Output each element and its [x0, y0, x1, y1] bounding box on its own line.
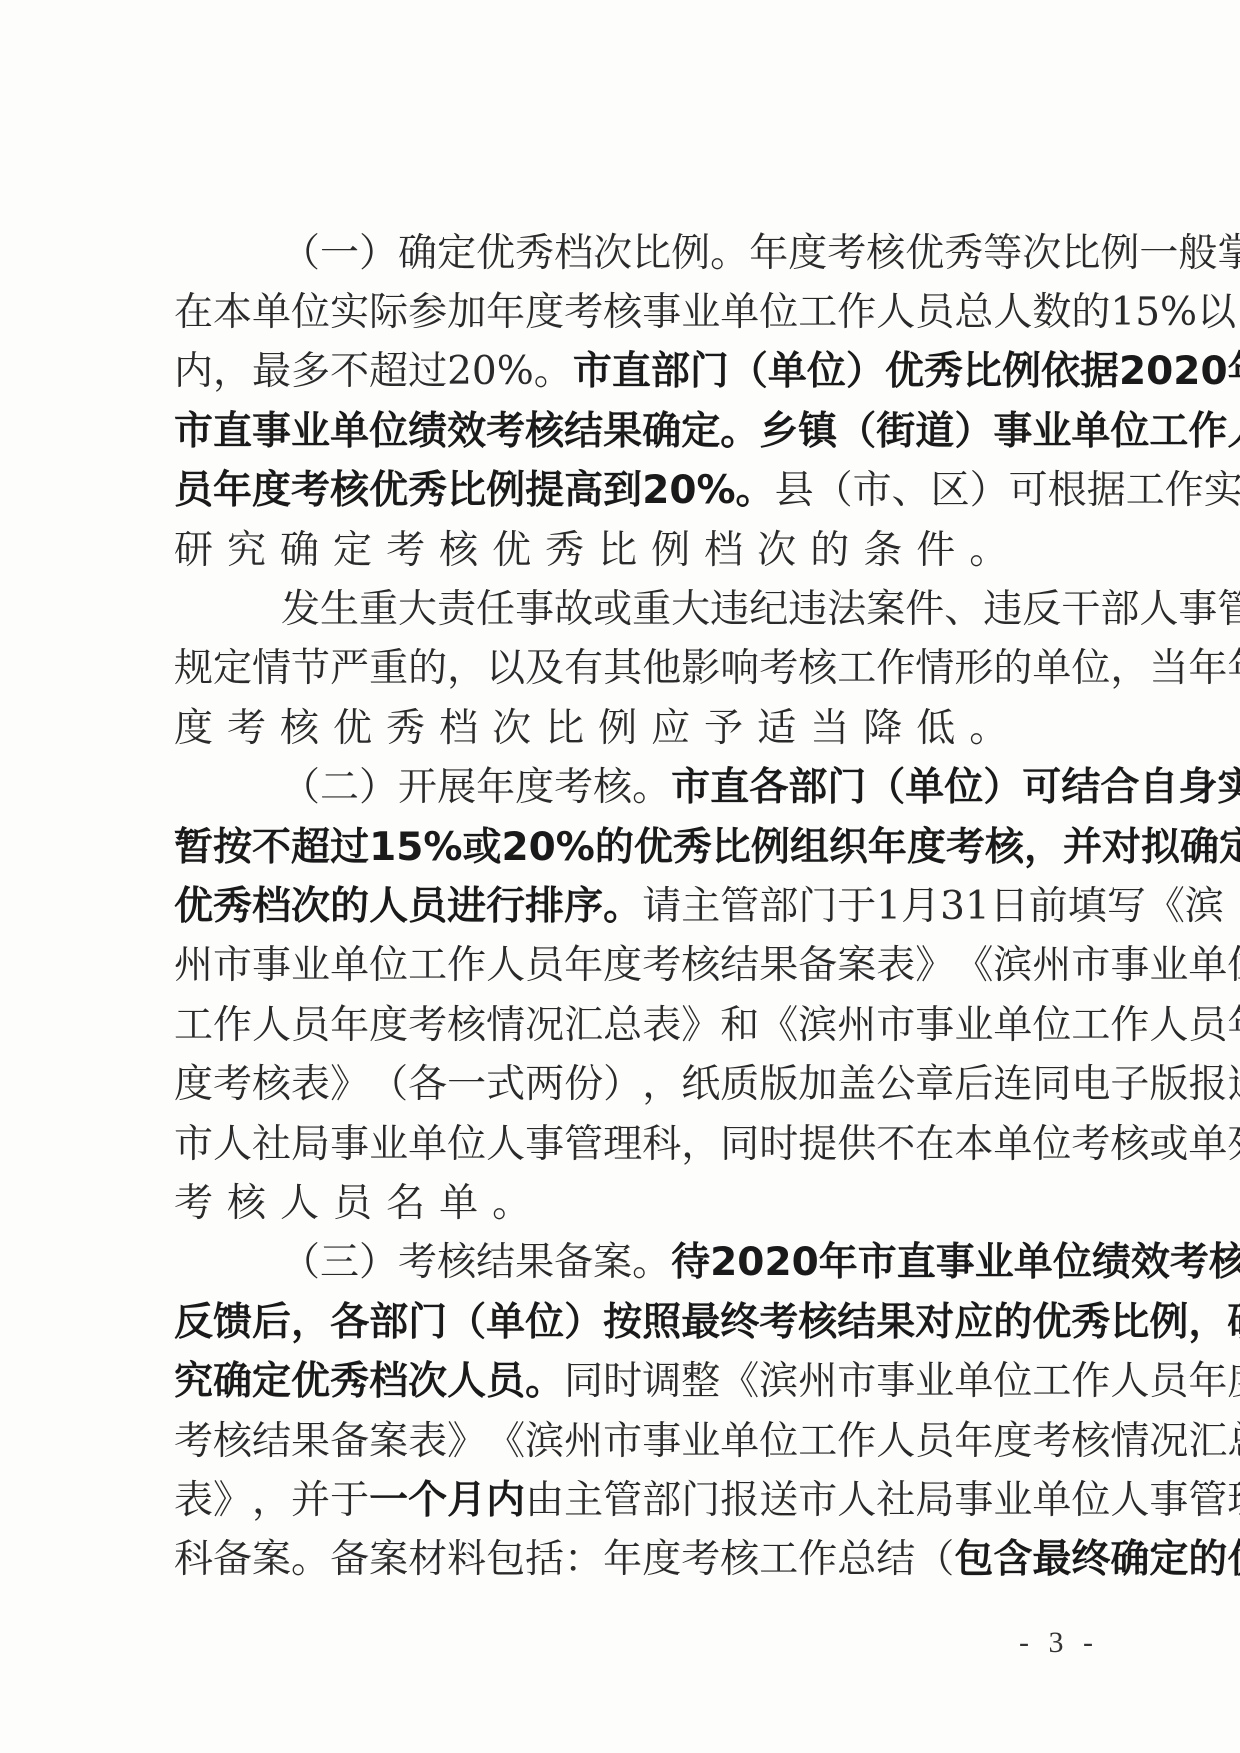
body-text-char: 《 — [720, 1356, 759, 1408]
body-text-char: 1 — [876, 881, 901, 933]
body-text-char: 影 — [681, 643, 720, 695]
bold-text: 考 — [946, 822, 985, 874]
body-text-char: 事 — [954, 1475, 993, 1527]
body-text-char: 单 — [720, 287, 759, 339]
body-text-char: 单 — [1188, 1119, 1227, 1171]
bold-text: 档 — [369, 1356, 408, 1408]
body-text-char: 人 — [280, 1178, 319, 1230]
text-line: 规定情节严重的，以及有其他影响考核工作情形的单位，当年年 — [174, 640, 1088, 699]
bold-text: 位 — [807, 346, 846, 398]
bold-text: 秀 — [924, 346, 963, 398]
bold-text: 终 — [720, 1297, 759, 1349]
body-text-char: 等 — [983, 228, 1022, 280]
body-text-char: 员 — [915, 287, 954, 339]
body-text-char: 总 — [603, 1000, 642, 1052]
body-text-char: 度 — [603, 940, 642, 992]
body-text-char: 备 — [330, 1416, 369, 1468]
bold-text: 年 — [819, 1237, 858, 1289]
body-text-char: 门 — [798, 881, 837, 933]
bold-text: 位 — [944, 762, 983, 814]
body-text-char: 》 — [330, 1059, 369, 1111]
body-text-char: 情 — [486, 1000, 525, 1052]
body-text-char: 表 — [408, 1416, 447, 1468]
body-text-char: 次 — [492, 703, 531, 755]
bold-text: 优 — [174, 881, 213, 933]
bold-text: ， — [1188, 1297, 1227, 1349]
body-text-char: 管 — [1188, 1475, 1227, 1527]
bold-text: 序 — [564, 881, 603, 933]
bold-text: 馈 — [213, 1297, 252, 1349]
body-text-char: 核 — [227, 1178, 266, 1230]
bold-text: 单 — [1014, 1237, 1053, 1289]
bold-text: 道 — [915, 406, 954, 458]
body-text-char: 次 — [593, 228, 632, 280]
body-text-char: 事 — [642, 1416, 681, 1468]
body-text-char: 于 — [330, 1475, 369, 1527]
text-line: 考核结果备案表》《滨州市事业单位工作人员年度考核情况汇总 — [174, 1412, 1088, 1471]
body-text-char: 考 — [1032, 1416, 1071, 1468]
body-text-char: 可 — [1009, 465, 1048, 517]
bold-text: 优 — [291, 1356, 330, 1408]
body-text-char: ， — [252, 1475, 291, 1527]
bold-text: 人 — [369, 881, 408, 933]
body-text-char: 工 — [1032, 1356, 1071, 1408]
text-line: 市直事业单位绩效考核结果确定。乡镇（街道）事业单位工作人 — [174, 402, 1088, 461]
body-text-char: 滨 — [525, 1416, 564, 1468]
body-text-char: 事 — [1178, 584, 1217, 636]
body-text-char: 核 — [603, 287, 642, 339]
bold-text: 身 — [1178, 762, 1217, 814]
bold-text: 考 — [486, 406, 525, 458]
bold-text: （ — [447, 1297, 486, 1349]
body-text-char: 市 — [1071, 940, 1110, 992]
body-text-char: 并 — [291, 1475, 330, 1527]
body-text-char: 州 — [798, 1356, 837, 1408]
body-text-char: 州 — [174, 940, 213, 992]
bold-text: 不 — [252, 822, 291, 874]
bold-text: 20% — [642, 465, 735, 517]
body-text-char: 核 — [447, 1000, 486, 1052]
body-text-char: （ — [281, 228, 320, 280]
text-line: 究确定优秀档次人员。同时调整《滨州市事业单位工作人员年度 — [174, 1352, 1088, 1411]
body-text-char: 例 — [651, 525, 690, 577]
body-text-char: （ — [281, 762, 320, 814]
body-text-char: 事 — [1110, 940, 1149, 992]
body-text-char: ， — [681, 1119, 720, 1171]
body-text-char: 业 — [369, 1119, 408, 1171]
body-text-char: 公 — [876, 1059, 915, 1111]
body-text-char: 备 — [798, 940, 837, 992]
bold-text: 的 — [993, 1297, 1032, 1349]
body-text-char: 总 — [1227, 1416, 1240, 1468]
body-text-char: 、 — [892, 465, 931, 517]
bold-text: 依 — [1041, 346, 1080, 398]
body-text-char: 人 — [1110, 1475, 1149, 1527]
body-text-char: 州 — [837, 1000, 876, 1052]
body-text-char: 案 — [369, 1416, 408, 1468]
body-text-char: 后 — [954, 1059, 993, 1111]
body-text-char: 一 — [1139, 228, 1178, 280]
bold-text: 镇 — [798, 406, 837, 458]
bold-text: 直 — [612, 346, 651, 398]
body-text-char: 由 — [525, 1475, 564, 1527]
body-text-char: 年 — [1227, 643, 1240, 695]
bold-text: 事 — [993, 406, 1032, 458]
body-text-char: 确 — [280, 525, 319, 577]
body-text-char: 考 — [759, 643, 798, 695]
bold-text: 2020 — [710, 1237, 819, 1289]
body-text-char: 工 — [798, 1416, 837, 1468]
body-text-char: 实 — [330, 287, 369, 339]
body-text-char: 县 — [775, 465, 814, 517]
text-line: 州市事业单位工作人员年度考核结果备案表》《滨州市事业单位 — [174, 937, 1088, 996]
bold-text: 例 — [751, 822, 790, 874]
bold-text: 反 — [174, 1297, 213, 1349]
body-text-char: 单 — [993, 1119, 1032, 1171]
body-text-char: 滨 — [759, 1356, 798, 1408]
bold-text: 各 — [749, 762, 788, 814]
bold-text: 年 — [1228, 346, 1240, 398]
body-text-char: 包 — [486, 1534, 525, 1586]
body-text-char: 件 — [916, 525, 955, 577]
body-text-char: 括 — [525, 1534, 564, 1586]
body-text-char: 一 — [320, 228, 359, 280]
body-text-char: 单 — [1032, 1475, 1071, 1527]
body-text-char: 年 — [749, 228, 788, 280]
body-text-char: 例 — [671, 228, 710, 280]
body-text-char: 生 — [320, 584, 359, 636]
body-text-char: 际 — [369, 287, 408, 339]
body-text-char: 《 — [486, 1416, 525, 1468]
bold-text: 确 — [213, 1356, 252, 1408]
bold-text: 员 — [408, 881, 447, 933]
bold-text: 据 — [1080, 346, 1119, 398]
bold-text: 最 — [681, 1297, 720, 1349]
bold-text: 定 — [1219, 822, 1240, 874]
body-text-char: 年 — [954, 1416, 993, 1468]
body-text-char: （ — [915, 1534, 954, 1586]
body-text-char: 滨 — [1185, 881, 1224, 933]
body-text-char: 结 — [876, 1534, 915, 1586]
body-text-char: （ — [814, 465, 853, 517]
body-text-char: 报 — [720, 1475, 759, 1527]
body-text-char: 报 — [1188, 1059, 1227, 1111]
body-text-char: 形 — [954, 643, 993, 695]
body-text-char: 秀 — [515, 228, 554, 280]
bold-text: 业 — [1032, 406, 1071, 458]
bold-text: 比 — [712, 822, 751, 874]
body-text-char: 日 — [990, 881, 1029, 933]
bold-text: 果 — [876, 1297, 915, 1349]
body-text-char: 事 — [330, 1119, 369, 1171]
body-text-char: 核 — [280, 703, 319, 755]
bold-text: 拟 — [1141, 822, 1180, 874]
body-text-char: 况 — [1149, 1416, 1188, 1468]
bold-text: 过 — [330, 822, 369, 874]
body-text-char: 事 — [642, 287, 681, 339]
body-text-char: 核 — [593, 762, 632, 814]
body-text-char: 及 — [525, 643, 564, 695]
body-text-char: 不 — [330, 346, 369, 398]
body-text-char: 人 — [1139, 584, 1178, 636]
body-text-char: 掌 — [1217, 228, 1240, 280]
text-line: 考核人员名单。 — [174, 1174, 1088, 1233]
bold-text: 照 — [642, 1297, 681, 1349]
body-text-char: 案 — [252, 1534, 291, 1586]
text-line: 市人社局事业单位人事管理科，同时提供不在本单位考核或单列 — [174, 1115, 1088, 1174]
body-text-char: 人 — [486, 1119, 525, 1171]
bold-text: 结 — [837, 1297, 876, 1349]
body-text-char: 规 — [174, 643, 213, 695]
text-line: 优秀档次的人员进行排序。请主管部门于1月31日前填写《滨 — [174, 877, 1088, 936]
bold-text: 核 — [985, 822, 1024, 874]
body-text-char: 违 — [788, 584, 827, 636]
body-text-char: 的 — [810, 525, 849, 577]
body-text-char: 核 — [681, 940, 720, 992]
body-text-char: 考 — [174, 1416, 213, 1468]
body-text-char: 汇 — [564, 1000, 603, 1052]
body-text-char: 考 — [827, 228, 866, 280]
body-text-char: 大 — [671, 584, 710, 636]
body-text-char: 工 — [798, 287, 837, 339]
body-text-char: 表 — [174, 1475, 213, 1527]
body-text-char: 作 — [213, 1000, 252, 1052]
bold-text: 定 — [1149, 1534, 1188, 1586]
bold-text: 次 — [408, 1356, 447, 1408]
body-text-char: 展 — [437, 762, 476, 814]
body-text-char: 参 — [408, 287, 447, 339]
body-text-char: 工 — [174, 1000, 213, 1052]
body-text-char: 加 — [447, 287, 486, 339]
text-line: 科备案。备案材料包括：年度考核工作总结（包含最终确定的优 — [174, 1531, 1088, 1590]
bold-text: 一 — [369, 1475, 408, 1527]
bold-text: 档 — [252, 881, 291, 933]
body-text-char: 业 — [681, 287, 720, 339]
body-text-char: 本 — [213, 287, 252, 339]
body-text-char: 人 — [1110, 1356, 1149, 1408]
body-text-char: 核 — [439, 525, 478, 577]
body-text-char: 员 — [1149, 1356, 1188, 1408]
bold-text: 直 — [213, 406, 252, 458]
body-text-char: 时 — [759, 1119, 798, 1171]
body-text-char: 年 — [486, 287, 525, 339]
text-line: 内，最多不超过20%。市直部门（单位）优秀比例依据2020年 — [174, 343, 1088, 402]
bold-text: 15% — [369, 822, 462, 874]
body-text-char: 的 — [1071, 287, 1110, 339]
body-text-char: 列 — [1227, 1119, 1240, 1171]
bold-text: 秀 — [213, 881, 252, 933]
bold-text: 度 — [907, 822, 946, 874]
body-text-char: 供 — [837, 1119, 876, 1171]
body-text-char: 同 — [720, 1119, 759, 1171]
body-text-char: （ — [281, 1237, 320, 1289]
body-text-char: 结 — [720, 940, 759, 992]
bold-text: 比 — [1110, 1297, 1149, 1349]
body-text-char: 滨 — [798, 1000, 837, 1052]
body-text-char: 核 — [798, 643, 837, 695]
paragraph-first-line: （三）考核结果备案。待2020年市直事业单位绩效考核结果 — [174, 1234, 1088, 1293]
body-text-char: 例 — [1100, 228, 1139, 280]
bold-text: 果 — [603, 406, 642, 458]
body-text-char: 严 — [330, 643, 369, 695]
body-text-char: 单 — [954, 1356, 993, 1408]
bold-text: 确 — [642, 406, 681, 458]
body-text-char: 理 — [1227, 1475, 1240, 1527]
bold-text: 单 — [1071, 406, 1110, 458]
bold-text: ， — [1024, 822, 1063, 874]
body-text-char: 考 — [1071, 1119, 1110, 1171]
body-text-char: 。 — [710, 228, 749, 280]
body-text-char: ， — [1110, 643, 1149, 695]
body-text-char: 定 — [213, 643, 252, 695]
body-text-char: 研 — [174, 525, 213, 577]
body-text-char: 一 — [447, 1059, 486, 1111]
bold-text: 效 — [1131, 1237, 1170, 1289]
body-text-char: 秀 — [545, 525, 584, 577]
body-text-char: 事 — [515, 584, 554, 636]
bold-text: 最 — [1032, 1534, 1071, 1586]
body-text-char: 《 — [1146, 881, 1185, 933]
body-text-char: ， — [642, 1059, 681, 1111]
bold-text: 工 — [1149, 406, 1188, 458]
body-text-char: 应 — [651, 703, 690, 755]
body-text-char: 版 — [759, 1059, 798, 1111]
bold-text: 例 — [1149, 1297, 1188, 1349]
body-text-char: 适 — [757, 703, 796, 755]
body-text-char: 度 — [993, 1416, 1032, 1468]
bold-text: 研 — [1227, 1297, 1240, 1349]
body-text-char: 份 — [564, 1059, 603, 1111]
body-text: （一）确定优秀档次比例。年度考核优秀等次比例一般掌握在本单位实际参加年度考核事业… — [174, 224, 1088, 1590]
body-text-char: 例 — [598, 703, 637, 755]
body-text-char: 位 — [1032, 1119, 1071, 1171]
body-text-char: 大 — [398, 584, 437, 636]
body-text-char: 重 — [632, 584, 671, 636]
body-text-char: 单 — [330, 940, 369, 992]
body-text-char: 调 — [642, 1356, 681, 1408]
bold-text: 位 — [1053, 1237, 1092, 1289]
body-text-char: 》 — [213, 1475, 252, 1527]
body-text-char: 写 — [1107, 881, 1146, 933]
body-text-char: 优 — [476, 228, 515, 280]
body-text-char: 位 — [1032, 1000, 1071, 1052]
body-text-char: 月 — [901, 881, 940, 933]
body-text-char: 优 — [333, 703, 372, 755]
body-text-char: 。 — [632, 762, 671, 814]
body-text-char: 开 — [398, 762, 437, 814]
body-text-char: 定 — [437, 228, 476, 280]
text-line: 度考核表》（各一式两份），纸质版加盖公章后连同电子版报送 — [174, 1055, 1088, 1114]
body-text-char: 当 — [810, 703, 849, 755]
body-text-char: 度 — [515, 762, 554, 814]
body-text-char: 社 — [876, 1475, 915, 1527]
body-text-char: 请 — [642, 881, 681, 933]
text-line: 度考核优秀档次比例应予适当降低。 — [174, 699, 1088, 758]
body-text-char: 核 — [866, 228, 905, 280]
bold-text: 单 — [486, 1297, 525, 1349]
bold-text: 进 — [447, 881, 486, 933]
body-text-char: 案 — [837, 940, 876, 992]
body-text-char: 人 — [213, 1119, 252, 1171]
body-text-char: 式 — [486, 1059, 525, 1111]
bold-text: 的 — [1188, 1534, 1227, 1586]
body-text-char: 档 — [704, 525, 743, 577]
body-text-char: 结 — [476, 1237, 515, 1289]
body-text-char: 于 — [837, 881, 876, 933]
bold-text: 终 — [1071, 1534, 1110, 1586]
body-text-char: 考 — [227, 703, 266, 755]
body-text-char: 局 — [915, 1475, 954, 1527]
body-text-char: 盖 — [837, 1059, 876, 1111]
body-text-char: 秀 — [944, 228, 983, 280]
body-text-char: 同 — [564, 1356, 603, 1408]
bold-text: 核 — [525, 406, 564, 458]
body-text-char: 人 — [1149, 1000, 1188, 1052]
body-text-char: 单 — [1032, 643, 1071, 695]
bold-text: 行 — [486, 881, 525, 933]
bold-text: 效 — [447, 406, 486, 458]
body-text-char: 档 — [554, 228, 593, 280]
bold-text: 秀 — [673, 822, 712, 874]
body-text-char: 次 — [1022, 228, 1061, 280]
body-text-char: 质 — [720, 1059, 759, 1111]
bold-text: 提 — [525, 465, 564, 517]
bold-text: 绩 — [408, 406, 447, 458]
body-text-char: 市 — [876, 1000, 915, 1052]
body-text-char: ） — [359, 1237, 398, 1289]
body-text-char: ， — [213, 346, 252, 398]
body-text-char: 或 — [1149, 1119, 1188, 1171]
bold-text: 年 — [868, 822, 907, 874]
body-text-char: 科 — [642, 1119, 681, 1171]
body-text-char: 员 — [915, 1416, 954, 1468]
body-text-char: 度 — [174, 1059, 213, 1111]
body-text-char: 业 — [1149, 940, 1188, 992]
bold-text: 。 — [736, 465, 775, 517]
body-text-char: 市 — [853, 465, 892, 517]
body-text-char: 故 — [554, 584, 593, 636]
body-text-char: 送 — [1227, 1059, 1240, 1111]
body-text-char: 部 — [759, 881, 798, 933]
body-text-char: 任 — [476, 584, 515, 636]
body-text-char: 事 — [1149, 1475, 1188, 1527]
body-text-char: 业 — [954, 1000, 993, 1052]
body-text-char: 门 — [681, 1475, 720, 1527]
body-text-char: 度 — [174, 703, 213, 755]
bold-text: 。 — [720, 406, 759, 458]
body-text-char: 不 — [876, 1119, 915, 1171]
body-text-char: ： — [564, 1534, 603, 1586]
body-text-char: 的 — [993, 643, 1032, 695]
bold-text: 人 — [1227, 406, 1240, 458]
body-text-char: 考 — [554, 762, 593, 814]
bold-text: 确 — [1180, 822, 1219, 874]
paragraph-first-line: 发生重大责任事故或重大违纪违法案件、违反干部人事管理 — [174, 580, 1088, 639]
body-text-char: 局 — [291, 1119, 330, 1171]
bold-text: 例 — [486, 465, 525, 517]
body-text-char: 位 — [1071, 1475, 1110, 1527]
bold-text: 乡 — [759, 406, 798, 458]
body-text-char: 比 — [598, 525, 637, 577]
body-text-char: 工 — [1071, 1000, 1110, 1052]
body-text-char: 员 — [333, 1178, 372, 1230]
bold-text: 单 — [905, 762, 944, 814]
bold-text: 门 — [827, 762, 866, 814]
bold-text: 人 — [447, 1356, 486, 1408]
body-text-char: 人 — [837, 1475, 876, 1527]
bold-text: 门 — [408, 1297, 447, 1349]
body-text-char: 的 — [408, 643, 447, 695]
